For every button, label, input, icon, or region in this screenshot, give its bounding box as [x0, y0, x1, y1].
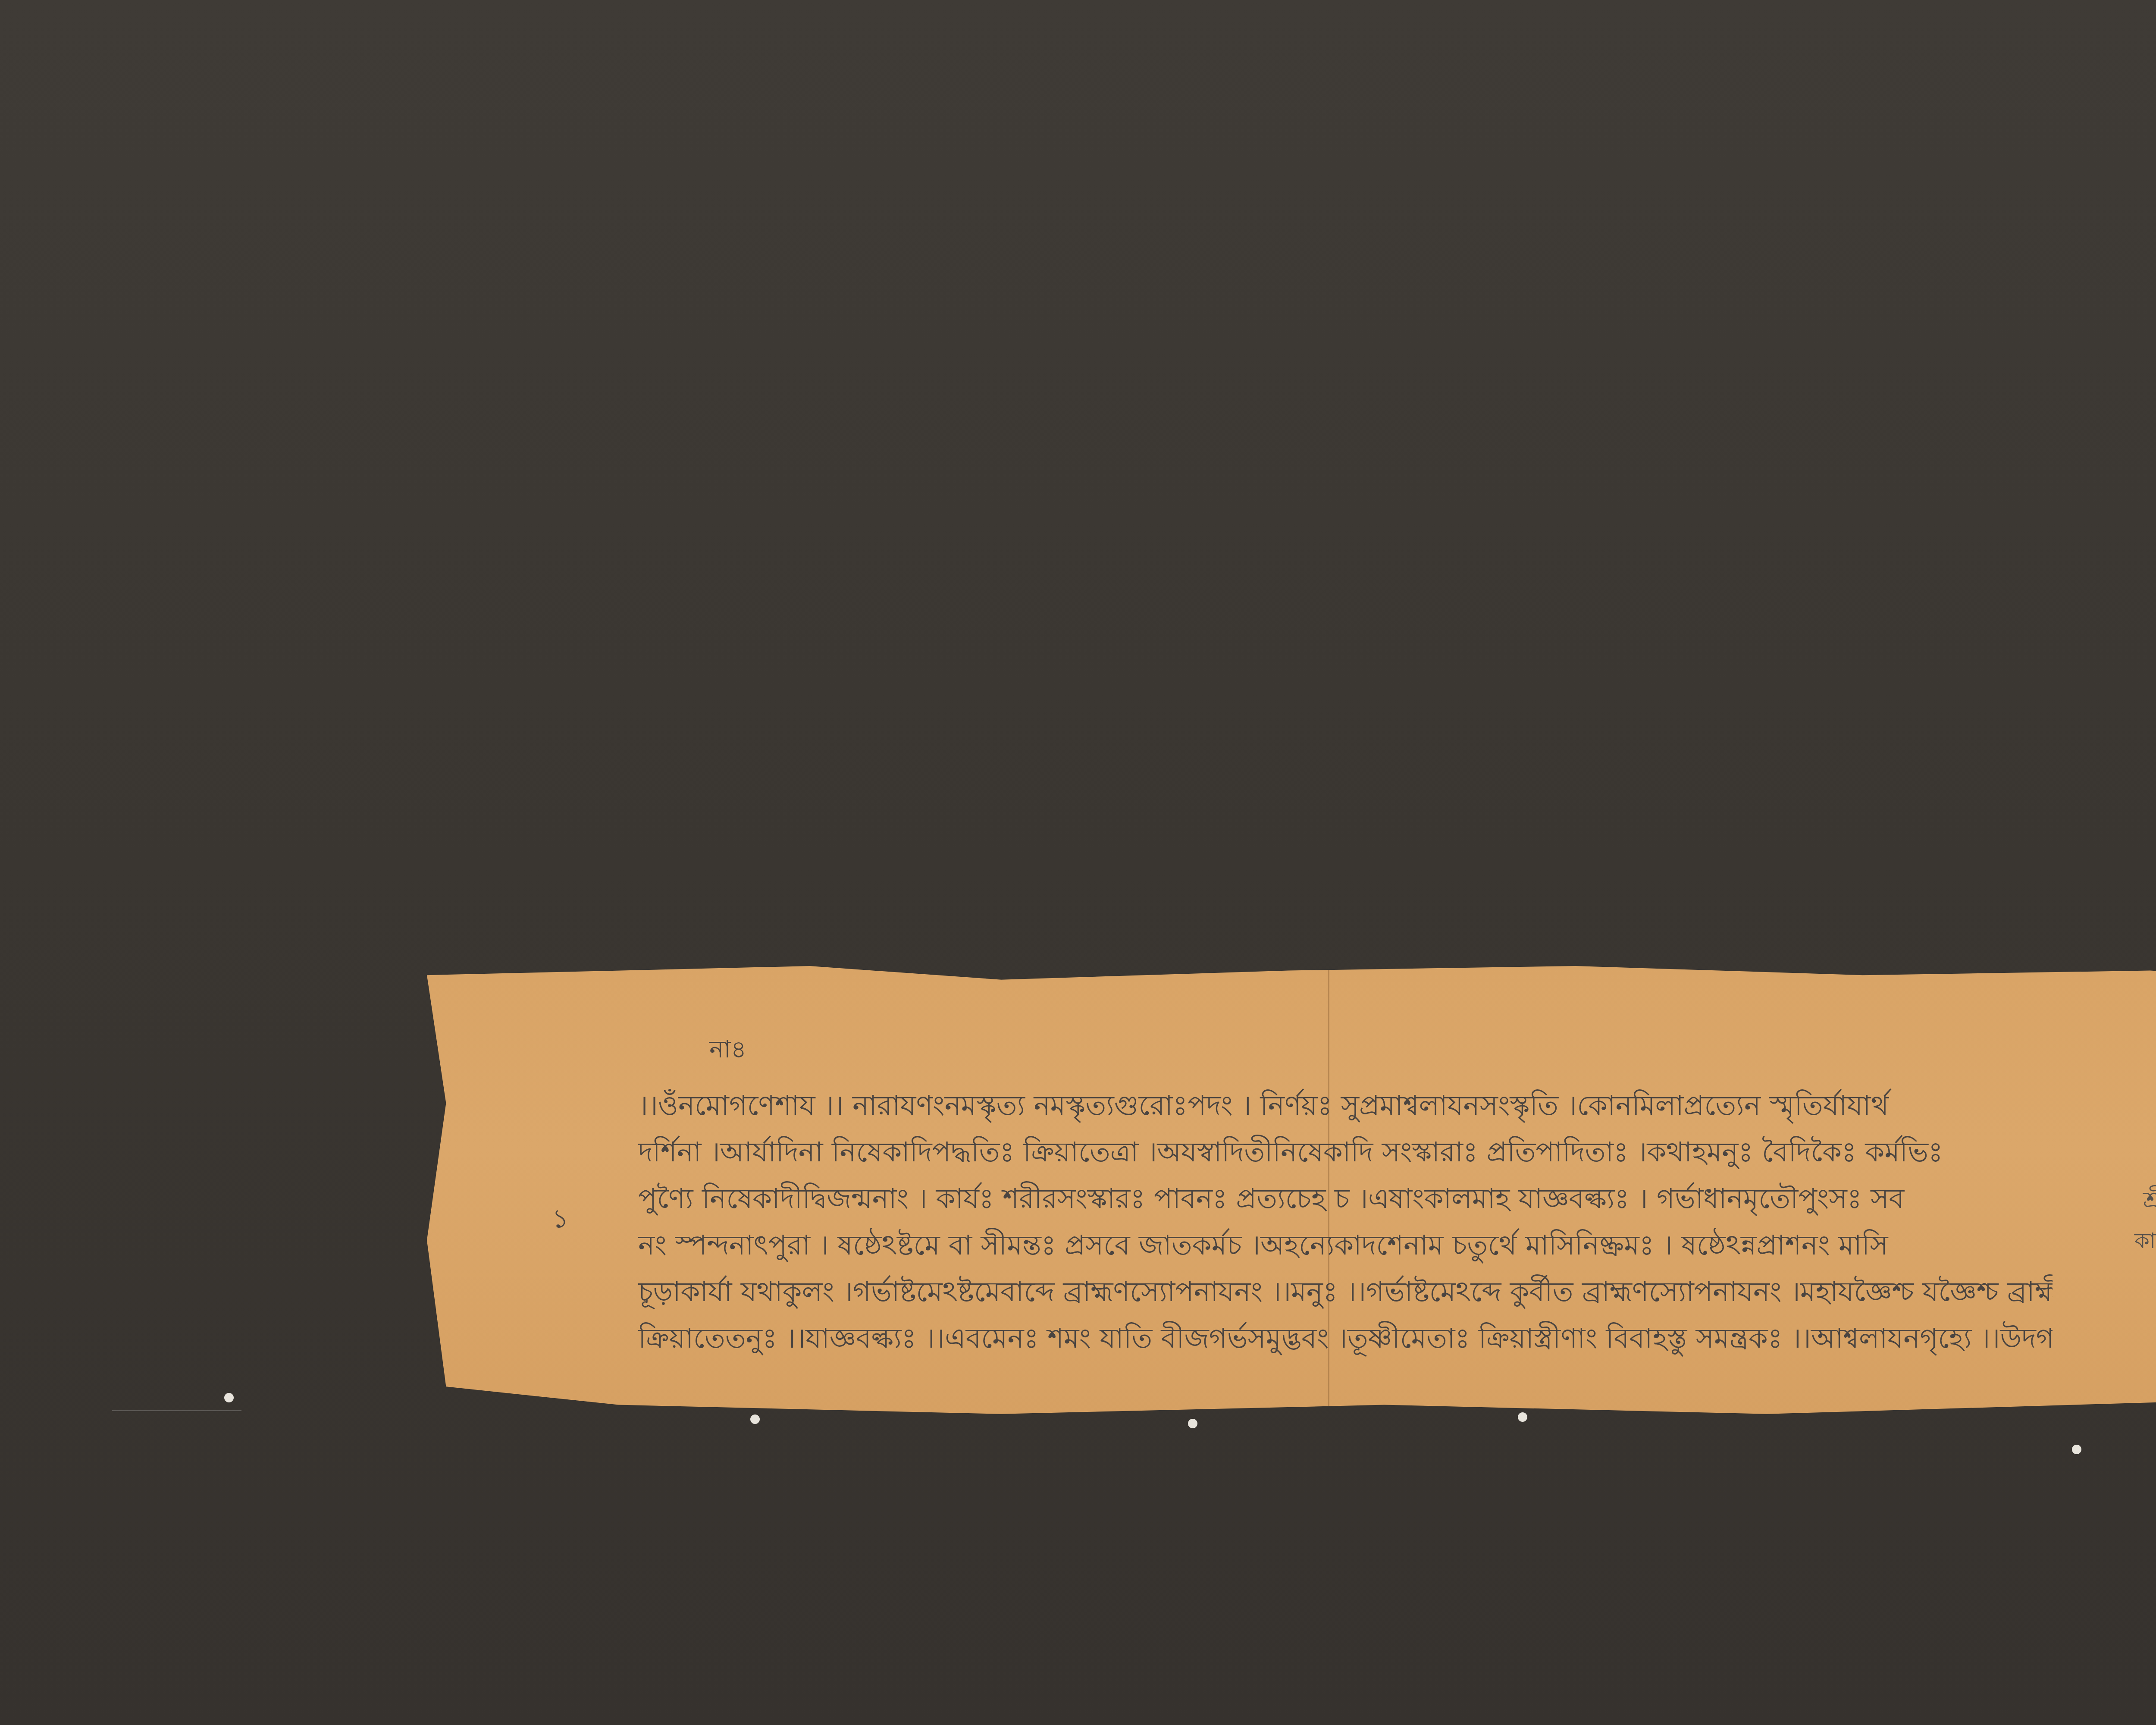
pin: [750, 1414, 760, 1424]
margin-note-title: কালনিদ্ধ: [2134, 1225, 2156, 1261]
pin: [224, 1393, 234, 1402]
text-line: পুণ্যৈ নিষেকাদীদ্বিজন্মনাং । কার্যঃ শরীর…: [638, 1176, 2053, 1222]
page-marker: না৪: [709, 1031, 746, 1071]
pin: [2072, 1445, 2081, 1454]
dark-board-background: [0, 0, 2156, 1725]
thread: [112, 1410, 241, 1411]
text-line: চূড়াকার্যা যথাকুলং ।গর্ভাষ্টমেঽষ্টমেবাব…: [638, 1269, 2053, 1315]
folio-number: ১: [552, 1199, 569, 1242]
margin-note-shri: শ্রীঃ: [2143, 1182, 2156, 1222]
text-line: নং স্পন্দনাৎপুরা । ষষ্ঠেঽষ্টমে বা সীমন্ত…: [638, 1222, 2053, 1269]
manuscript-leaf: না৪ ১ ।।ওঁনমোগণেশায ।। নারাযণংনমস্কৃত্য …: [427, 966, 2156, 1423]
text-line: দর্শিনা ।আর্যাদিনা নিষেকাদিপদ্ধতিঃ ক্রিয…: [638, 1129, 2053, 1176]
pin: [1518, 1412, 1527, 1422]
text-line: ক্রিয়াতেতনুঃ ।।যাজ্ঞবল্ক্যঃ ।।এবমেনঃ শম…: [638, 1315, 2053, 1362]
text-line: ।।ওঁনমোগণেশায ।। নারাযণংনমস্কৃত্য নমস্কৃ…: [638, 1082, 2053, 1129]
manuscript-text: ।।ওঁনমোগণেশায ।। নারাযণংনমস্কৃত্য নমস্কৃ…: [638, 1082, 2053, 1362]
pin: [1188, 1419, 1197, 1428]
